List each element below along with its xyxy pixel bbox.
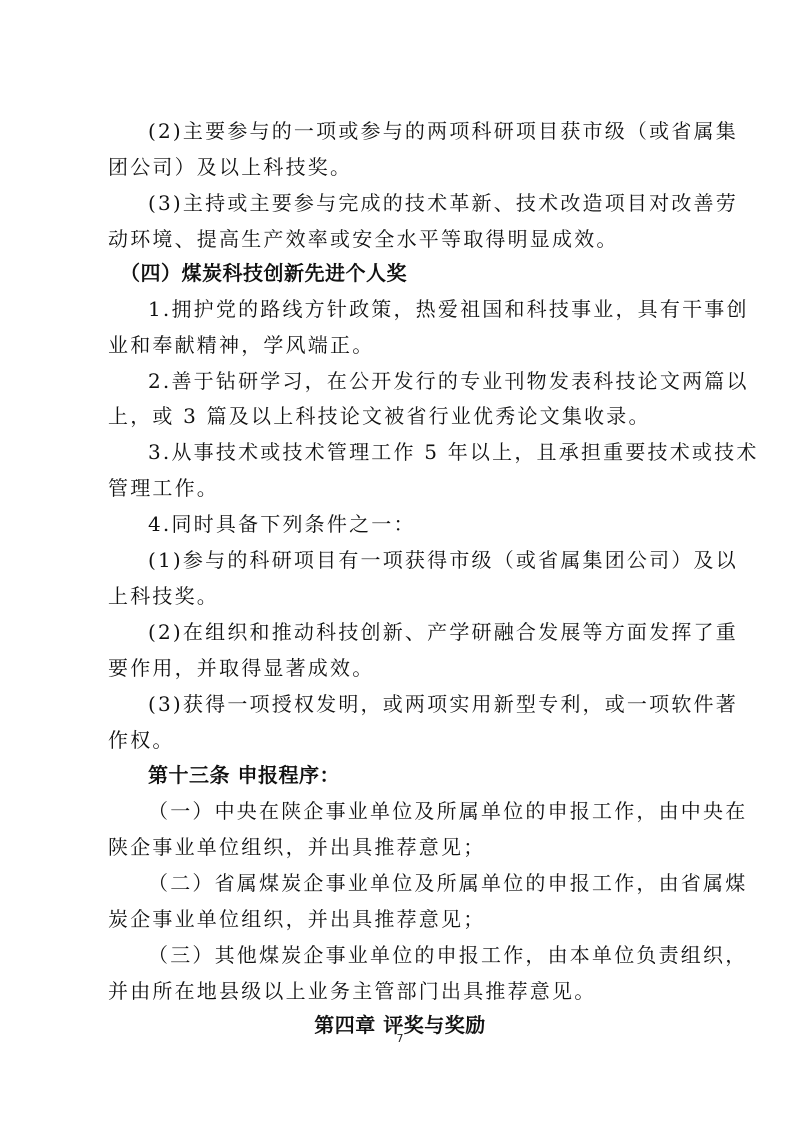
paragraph-line: 业和奉献精神，学风端正。 <box>108 330 720 360</box>
paragraph-line: 作权。 <box>108 725 720 755</box>
paragraph-line: （二）省属煤炭企事业单位及所属单位的申报工作，由省属煤 <box>148 868 720 898</box>
paragraph-line: 4.同时具备下列条件之一： <box>148 509 720 539</box>
paragraph-line: 动环境、提高生产效率或安全水平等取得明显成效。 <box>108 224 720 254</box>
paragraph-line: 3.从事技术或技术管理工作 5 年以上，且承担重要技术或技术 <box>148 437 720 467</box>
paragraph-line: 团公司）及以上科技奖。 <box>108 152 720 182</box>
paragraph-line: （一）中央在陕企事业单位及所属单位的申报工作，由中央在 <box>148 796 720 826</box>
paragraph-line: 管理工作。 <box>108 473 720 503</box>
paragraph-line: 要作用，并取得显著成效。 <box>108 653 720 683</box>
article-heading: 第十三条 申报程序： <box>148 760 720 790</box>
paragraph-line: 炭企事业单位组织，并出具推荐意见； <box>108 904 720 934</box>
document-page: (2)主要参与的一项或参与的两项科研项目获市级（或省属集 团公司）及以上科技奖。… <box>0 0 800 1131</box>
paragraph-line: 并由所在地县级以上业务主管部门出具推荐意见。 <box>108 976 720 1006</box>
paragraph-line: 上，或 3 篇及以上科技论文被省行业优秀论文集收录。 <box>108 401 720 431</box>
paragraph-line: 上科技奖。 <box>108 581 720 611</box>
paragraph-line: (2)在组织和推动科技创新、产学研融合发展等方面发挥了重 <box>148 617 720 647</box>
paragraph-line: (1)参与的科研项目有一项获得市级（或省属集团公司）及以 <box>148 545 720 575</box>
section-heading: （四）煤炭科技创新先进个人奖 <box>120 258 692 288</box>
paragraph-line: (3)获得一项授权发明，或两项实用新型专利，或一项软件著 <box>148 689 720 719</box>
paragraph-line: 陕企事业单位组织，并出具推荐意见； <box>108 832 720 862</box>
paragraph-line: 1.拥护党的路线方针政策，热爱祖国和科技事业，具有干事创 <box>148 294 720 324</box>
paragraph-line: （三）其他煤炭企事业单位的申报工作，由本单位负责组织， <box>148 940 720 970</box>
paragraph-line: (2)主要参与的一项或参与的两项科研项目获市级（或省属集 <box>148 116 720 146</box>
page-number: 7 <box>0 1032 800 1045</box>
paragraph-line: (3)主持或主要参与完成的技术革新、技术改造项目对改善劳 <box>148 188 720 218</box>
paragraph-line: 2.善于钻研学习，在公开发行的专业刊物发表科技论文两篇以 <box>148 366 720 396</box>
